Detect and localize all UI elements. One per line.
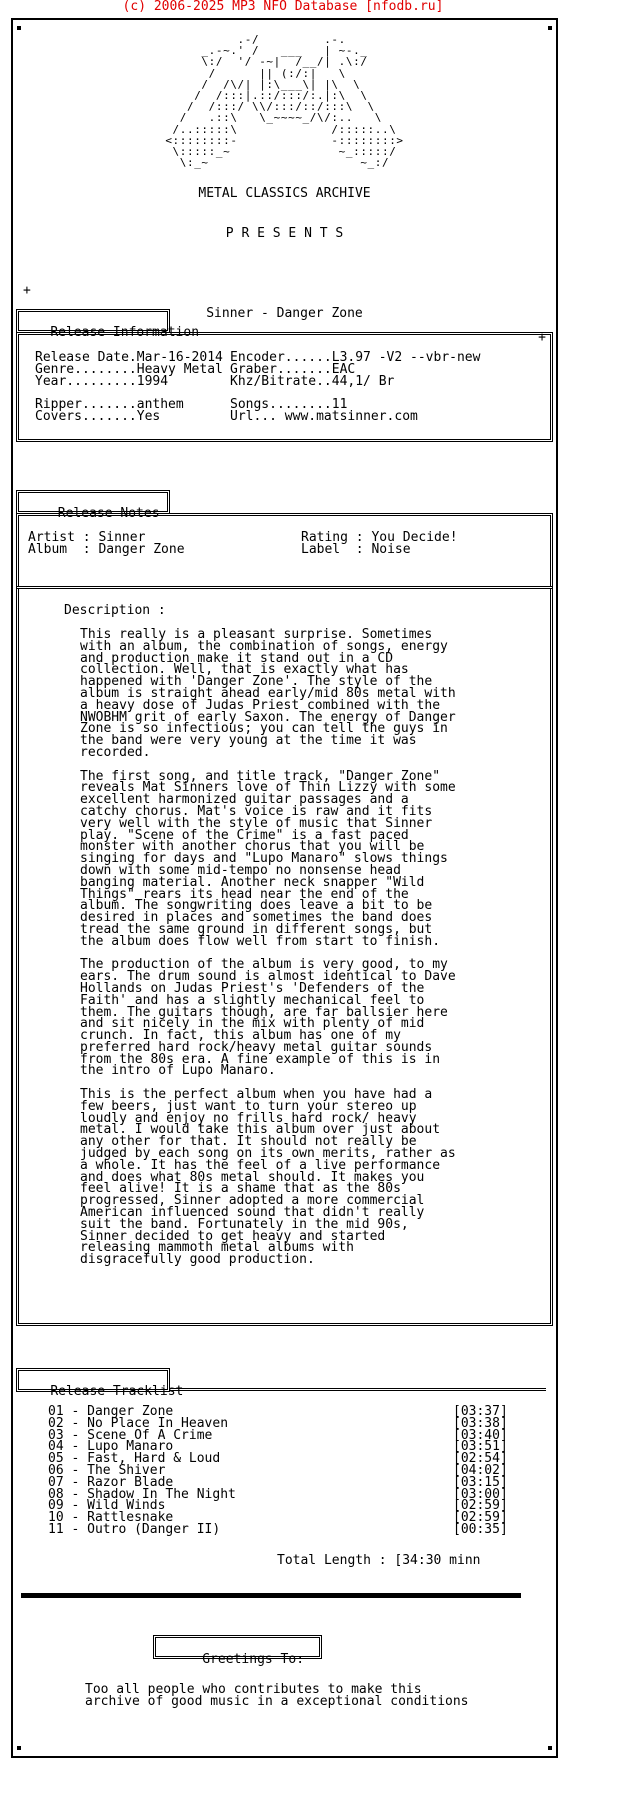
metal-classics-archive-logo-icon: .-/ .-. _.-~.' / ___ | ~-._ \:/ '/ -~| /… (165, 34, 403, 168)
tracklist-divider (170, 1388, 546, 1391)
total-length: Total Length : [34:30 minn (277, 1555, 481, 1567)
release-info-left: Release Date.Mar-16-2014Genre........Hea… (35, 352, 223, 423)
presents-heading: P R E S E N T S (13, 228, 556, 240)
bullet-left-icon: + (23, 285, 31, 297)
description-paragraph: This really is a pleasant surprise. Some… (80, 629, 456, 759)
track-number: 11 (48, 1522, 64, 1537)
corner-square-icon (17, 26, 21, 30)
track-separator: - (64, 1522, 87, 1537)
description-body: This really is a pleasant surprise. Some… (80, 629, 456, 1278)
info-label: Year......... (35, 374, 137, 389)
description-box: Description : This really is a pleasant … (16, 586, 553, 1326)
corner-square-icon (17, 1746, 21, 1750)
info-row: Khz/Bitrate..44,1/ Br (230, 376, 480, 388)
info-value: 44,1/ Br (332, 374, 395, 389)
description-paragraph: The first song, and title track, "Danger… (80, 771, 456, 948)
nfo-frame: .-/ .-. _.-~.' / ___ | ~-._ \:/ '/ -~| /… (11, 18, 558, 1758)
release-info-right: Encoder......L3.97 -V2 --vbr-newGraber..… (230, 352, 480, 423)
tab-release-tracklist: Release Tracklist (16, 1368, 170, 1392)
release-notes-info-box: Artist : Sinner Album : Danger Zone Rati… (16, 513, 553, 589)
track-row: 11 - Outro (Danger II)[00:35] (48, 1524, 468, 1536)
copyright-banner: (c) 2006-2025 MP3 NFO Database [nfodb.ru… (0, 0, 566, 14)
logo-caption: METAL CLASSICS ARCHIVE (13, 188, 556, 200)
info-label: Covers....... (35, 409, 137, 424)
track-title: Outro (Danger II) (87, 1522, 220, 1537)
greetings-heading-box: Greetings To: (153, 1635, 322, 1659)
info-label: Khz/Bitrate.. (230, 374, 332, 389)
info-label: Url... (230, 409, 285, 424)
ascii-logo: .-/ .-. _.-~.' / ___ | ~-._ \:/ '/ -~| /… (13, 34, 556, 170)
album-line: Album : Danger Zone (28, 544, 185, 556)
description-paragraph: This is the perfect album when you have … (80, 1089, 456, 1266)
greetings-heading: Greetings To: (202, 1652, 304, 1667)
tracklist: 01 - Danger Zone[03:37]02 - No Place In … (48, 1406, 468, 1536)
track-length: [00:35] (453, 1524, 508, 1536)
tab-release-information: Release Information (16, 309, 170, 333)
description-paragraph: The production of the album is very good… (80, 959, 456, 1077)
info-value: 1994 (137, 374, 168, 389)
release-information-box: Release Date.Mar-16-2014Genre........Hea… (16, 332, 553, 442)
label-line: Label : Noise (301, 544, 411, 556)
corner-square-icon (548, 26, 552, 30)
tab-release-notes: Release Notes (16, 490, 170, 514)
info-value: www.matsinner.com (285, 409, 418, 424)
info-value: Yes (137, 409, 160, 424)
tab-label: Release Tracklist (50, 1384, 183, 1399)
info-row: Covers.......Yes (35, 411, 223, 423)
section-divider-bar (21, 1593, 521, 1598)
info-row: Year.........1994 (35, 376, 223, 388)
description-heading: Description : (64, 605, 166, 617)
greetings-text: Too all people who contributes to make t… (85, 1684, 469, 1708)
info-row: Url... www.matsinner.com (230, 411, 480, 423)
corner-square-icon (548, 1746, 552, 1750)
